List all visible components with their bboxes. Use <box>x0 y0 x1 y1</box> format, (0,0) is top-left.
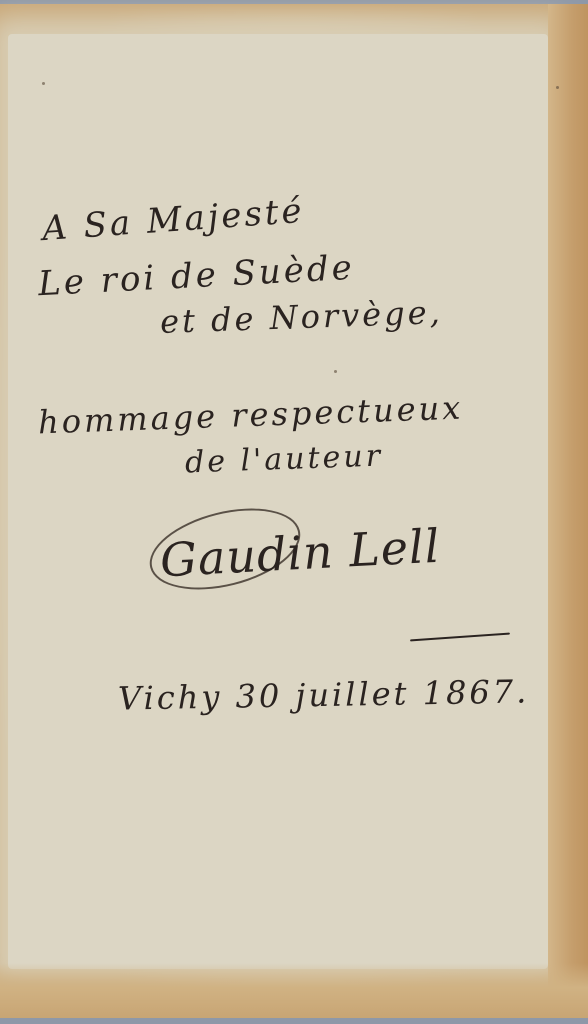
foxed-bottom-edge <box>0 963 588 1018</box>
inscription-line-5: de l'auteur <box>184 439 383 481</box>
paper-page: A Sa Majesté Le roi de Suède et de Norvè… <box>0 4 588 1018</box>
paper-center <box>8 34 548 969</box>
ink-speck <box>42 82 45 85</box>
ink-speck <box>556 86 559 89</box>
place-and-date: Vichy 30 juillet 1867. <box>118 672 530 717</box>
foxed-top-edge <box>0 4 588 36</box>
ink-speck <box>334 370 337 373</box>
foxed-right-edge <box>548 4 588 1018</box>
